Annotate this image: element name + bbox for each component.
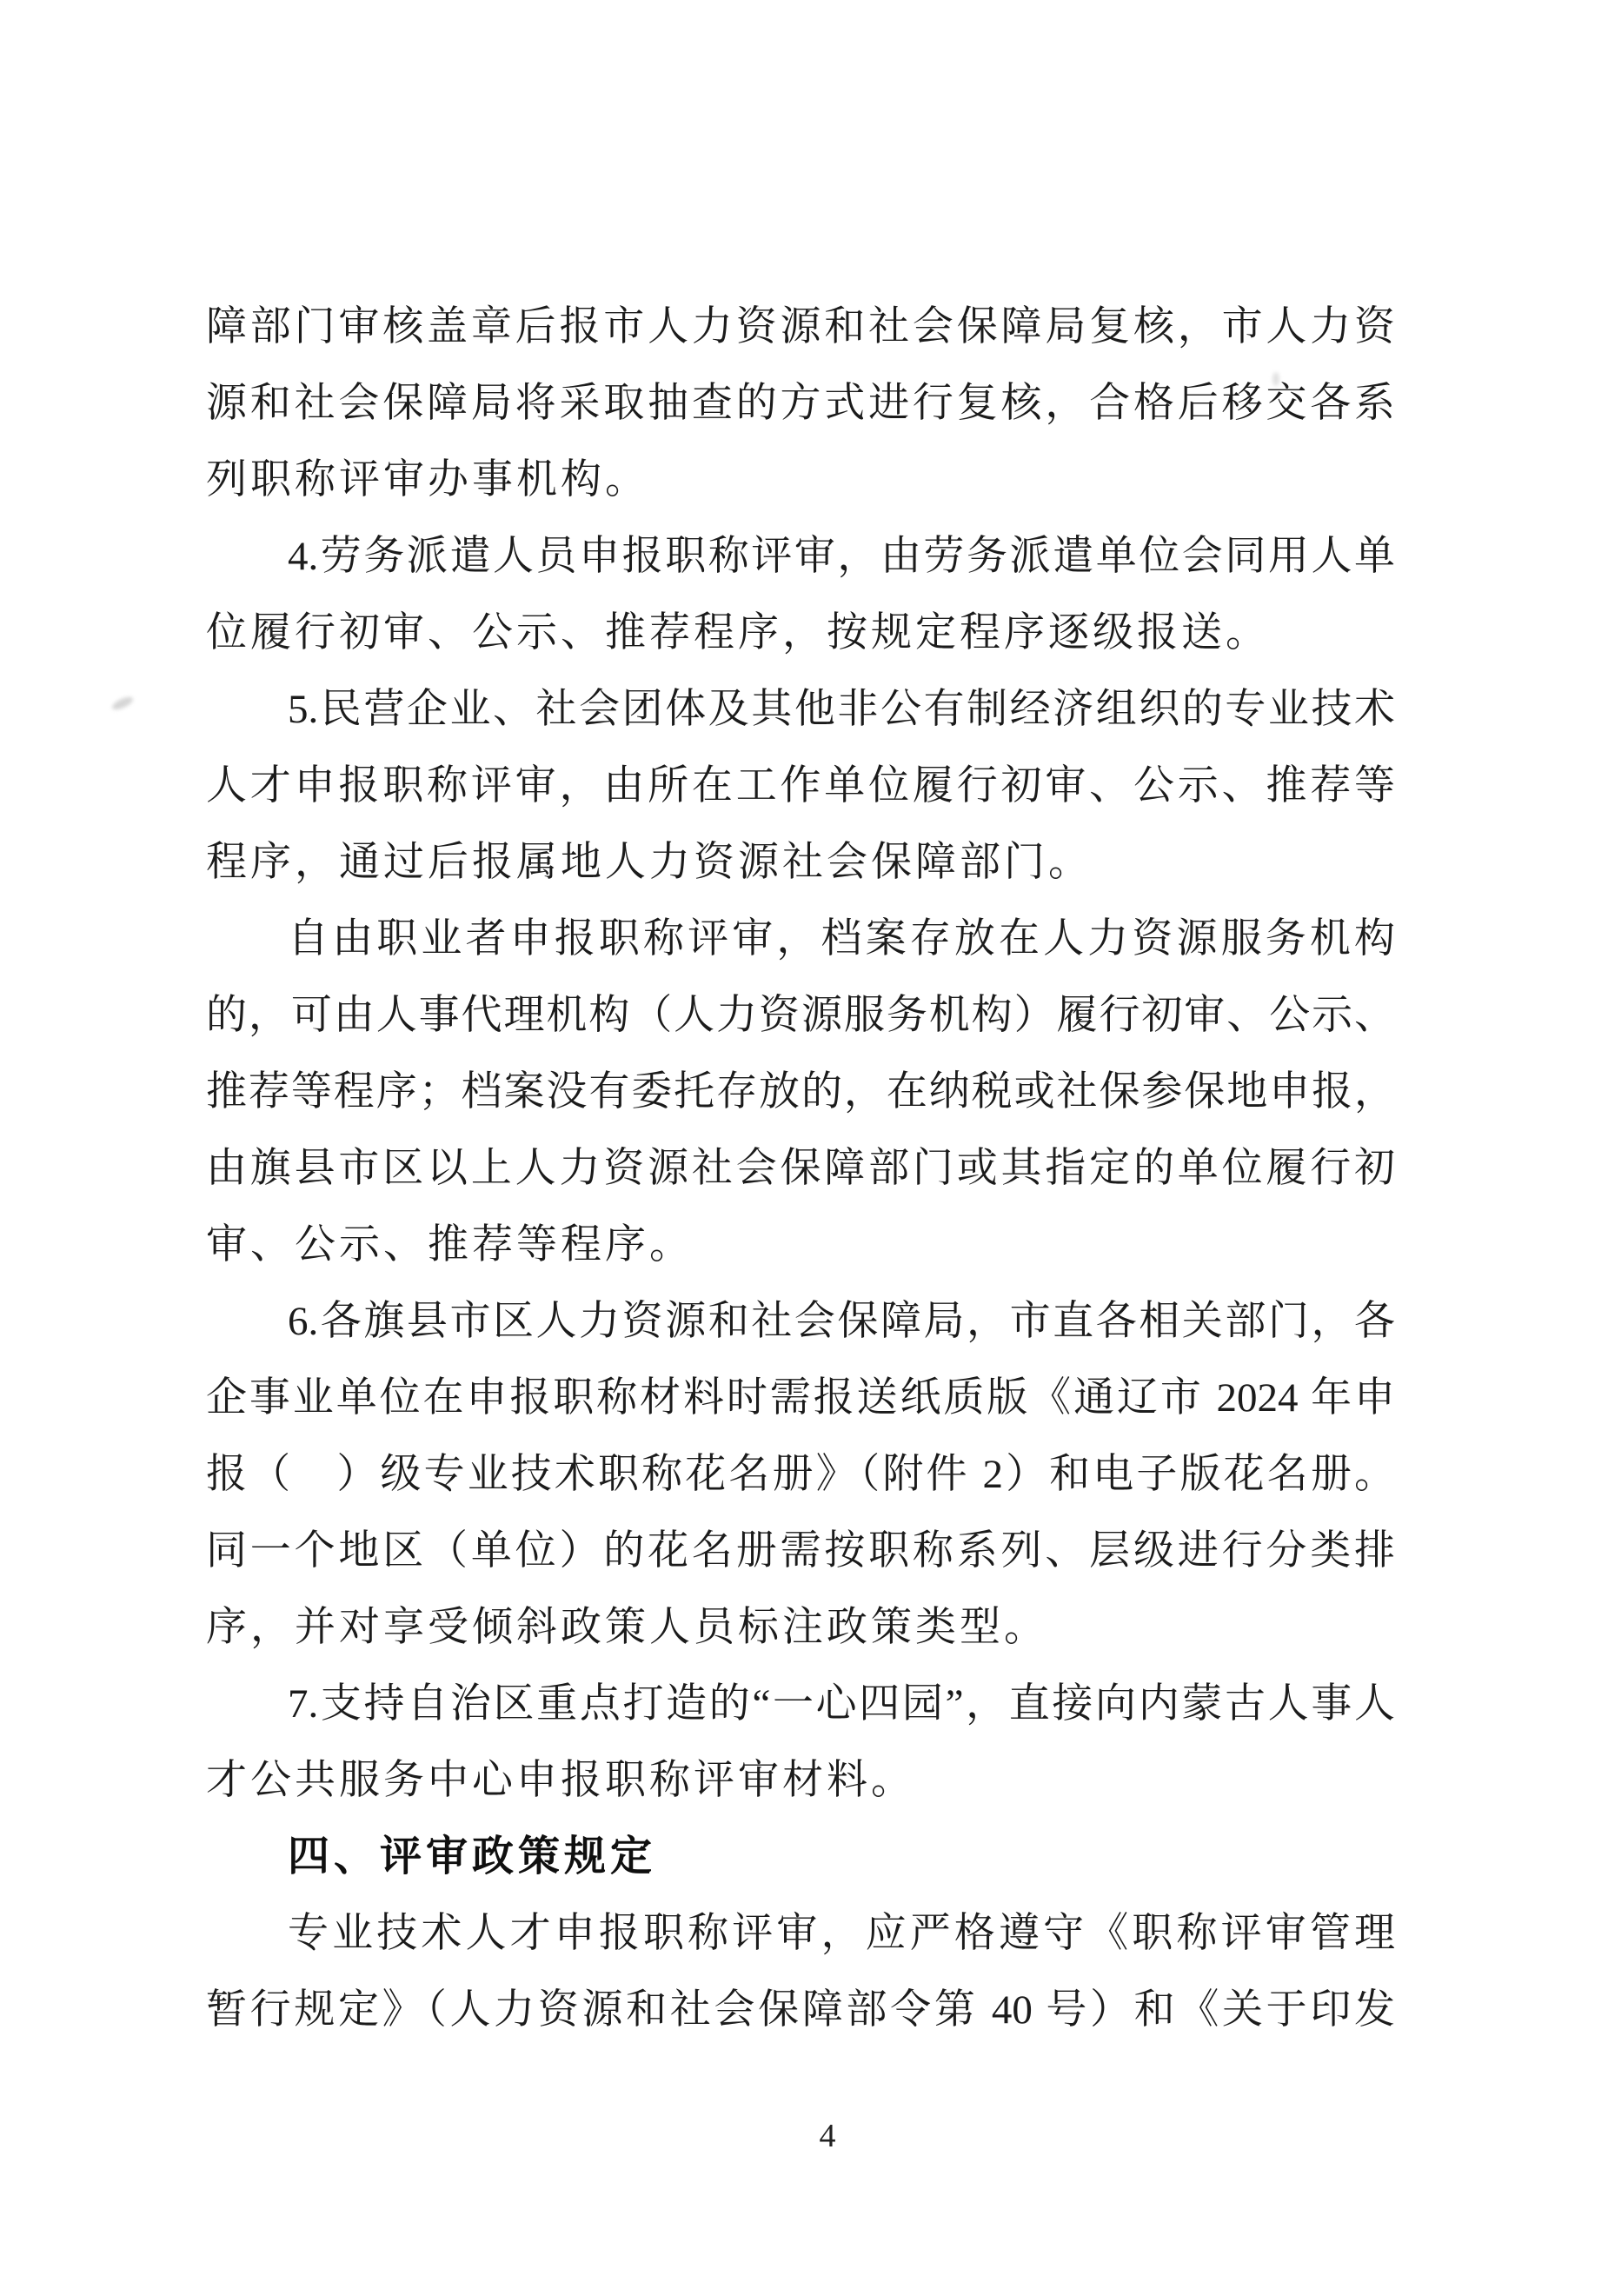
text-line: 人才申报职称评审，由所在工作单位履行初审、公示、推荐等 — [206, 748, 1395, 824]
text-line: 障部门审核盖章后报市人力资源和社会保障局复核，市人力资 — [206, 289, 1395, 365]
text-line: 由旗县市区以上人力资源社会保障部门或其指定的单位履行初 — [206, 1130, 1395, 1207]
text-line: 列职称评审办事机构。 — [206, 442, 1395, 518]
text-line: 自由职业者申报职称评审，档案存放在人力资源服务机构 — [206, 901, 1395, 977]
text-line: 4.劳务派遣人员申报职称评审，由劳务派遣单位会同用人单 — [206, 518, 1395, 595]
text-line: 推荐等程序；档案没有委托存放的，在纳税或社保参保地申报， — [206, 1054, 1395, 1130]
scanned-document-page: 障部门审核盖章后报市人力资源和社会保障局复核，市人力资源和社会保障局将采取抽查的… — [0, 0, 1608, 2296]
page-number: 4 — [820, 2115, 836, 2157]
text-line: 6.各旗县市区人力资源和社会保障局，市直各相关部门，各 — [206, 1283, 1395, 1360]
text-line: 才公共服务中心申报职称评审材料。 — [206, 1742, 1395, 1819]
text-line: 7.支持自治区重点打造的“一心四园”，直接向内蒙古人事人 — [206, 1666, 1395, 1742]
scan-artifact — [110, 695, 135, 712]
text-line: 同一个地区（单位）的花名册需按职称系列、层级进行分类排 — [206, 1513, 1395, 1589]
text-line: 源和社会保障局将采取抽查的方式进行复核，合格后移交各系 — [206, 365, 1395, 442]
text-line: 序，并对享受倾斜政策人员标注政策类型。 — [206, 1589, 1395, 1666]
text-line: 暂行规定》（人力资源和社会保障部令第 40 号）和《关于印发 — [206, 1972, 1395, 2048]
text-line: 的，可由人事代理机构（人力资源服务机构）履行初审、公示、 — [206, 977, 1395, 1054]
text-line: 5.民营企业、社会团体及其他非公有制经济组织的专业技术 — [206, 671, 1395, 748]
document-body: 障部门审核盖章后报市人力资源和社会保障局复核，市人力资源和社会保障局将采取抽查的… — [206, 289, 1395, 2048]
text-line: 程序，通过后报属地人力资源社会保障部门。 — [206, 824, 1395, 901]
text-line: 报（ ）级专业技术职称花名册》（附件 2）和电子版花名册。 — [206, 1436, 1395, 1513]
section-heading: 四、评审政策规定 — [206, 1819, 1395, 1895]
text-line: 专业技术人才申报职称评审，应严格遵守《职称评审管理 — [206, 1895, 1395, 1972]
text-line: 企事业单位在申报职称材料时需报送纸质版《通辽市 2024 年申 — [206, 1360, 1395, 1436]
text-line: 审、公示、推荐等程序。 — [206, 1207, 1395, 1283]
scan-artifact — [1272, 372, 1279, 386]
text-line: 位履行初审、公示、推荐程序，按规定程序逐级报送。 — [206, 595, 1395, 671]
